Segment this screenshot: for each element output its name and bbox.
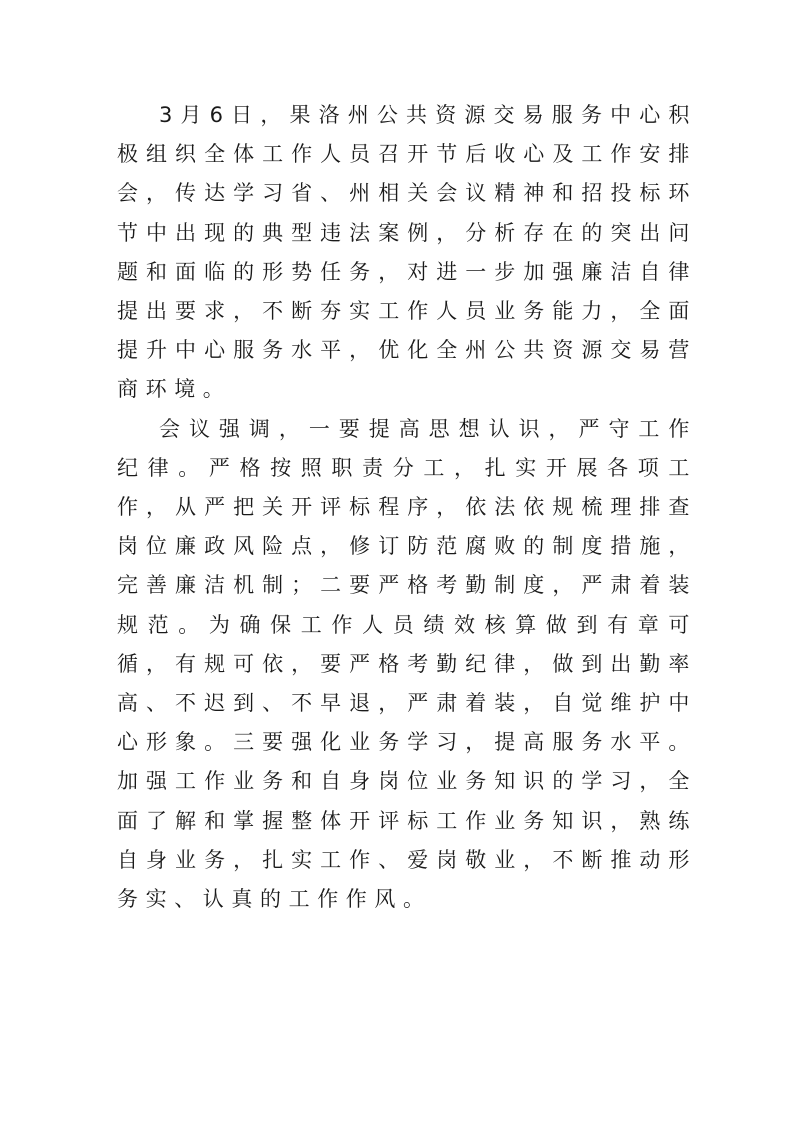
paragraph-meeting-requirements: 会议强调，一要提高思想认识，严守工作纪律。严格按照职责分工，扎实开展各项工作，从… [117,410,697,920]
paragraph-meeting-summary: 3月6日，果洛州公共资源交易服务中心积极组织全体工作人员召开节后收心及工作安排会… [117,96,697,410]
document-page: 3月6日，果洛州公共资源交易服务中心积极组织全体工作人员召开节后收心及工作安排会… [117,96,697,919]
